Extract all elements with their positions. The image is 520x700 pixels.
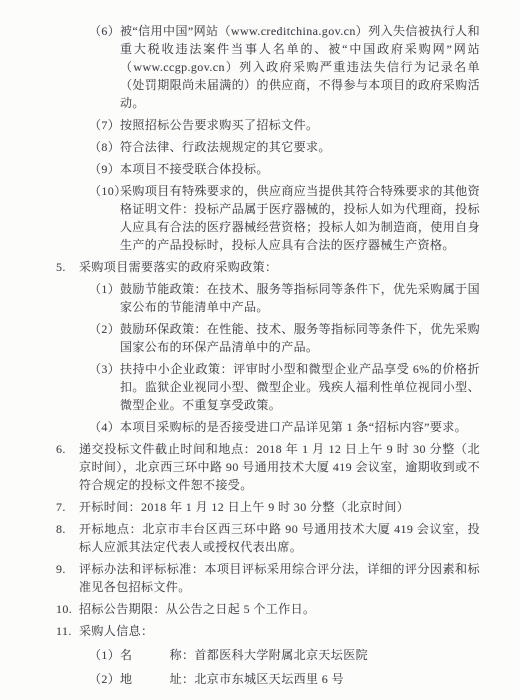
item-number: （10） <box>89 182 120 200</box>
item-text: 鼓励环保政策：在性能、技术、服务等指标同等条件下，优先采购国家公布的环保产品清单… <box>120 320 480 356</box>
no-consortium-bids-item: （9） 本项目不接受联合体投标。 <box>89 160 480 178</box>
item-text: 采购项目有特殊要求的，供应商应当提供其符合特殊要求的其他资格证明文件：投标产品属… <box>120 182 480 254</box>
supplier-credit-blacklist-item: （6） 被“信用中国”网站（www.creditchina.gov.cn）列入失… <box>89 22 480 112</box>
section-number: 9. <box>56 560 79 578</box>
section-text: 采购项目需要落实的政府采购政策： <box>79 258 480 276</box>
section-number: 5. <box>56 258 79 276</box>
policy-sme-support-item: （3） 扶持中小企业政策：评审时小型和微型企业产品享受 6%的价格折扣。监狱企业… <box>89 360 480 414</box>
purchased-bid-documents-item: （7） 按照招标公告要求购买了招标文件。 <box>89 116 480 134</box>
section-number: 6. <box>56 440 79 458</box>
item-text: 本项目采购标的是否接受进口产品详见第 1 条“招标内容”要求。 <box>120 418 480 436</box>
item-text: 符合法律、行政法规规定的其它要求。 <box>120 138 480 156</box>
section-number: 8. <box>56 520 79 538</box>
policy-environmental-item: （2） 鼓励环保政策：在性能、技术、服务等指标同等条件下，优先采购国家公布的环保… <box>89 320 480 356</box>
section-bid-opening-location: 8. 开标地点：北京市丰台区西三环中路 90 号通用技术大厦 419 会议室，投… <box>56 520 480 556</box>
item-number: （6） <box>89 22 120 40</box>
item-text: 名 称：首都医科大学附属北京天坛医院 <box>120 646 480 664</box>
section-text: 招标公告期限：从公告之日起 5 个工作日。 <box>79 600 480 618</box>
item-number: （9） <box>89 160 120 178</box>
item-number: （7） <box>89 116 120 134</box>
section-purchaser-info: 11. 采购人信息： <box>56 622 480 640</box>
item-text: 地 址：北京市东城区天坛西里 6 号 <box>120 670 480 688</box>
section-text: 开标地点：北京市丰台区西三环中路 90 号通用技术大厦 419 会议室，投标人应… <box>79 520 480 556</box>
item-number: （1） <box>89 280 120 298</box>
item-number: （4） <box>89 418 120 436</box>
item-number: （2） <box>89 670 120 688</box>
section-announcement-period: 10. 招标公告期限：从公告之日起 5 个工作日。 <box>56 600 480 618</box>
document-page: （6） 被“信用中国”网站（www.creditchina.gov.cn）列入失… <box>0 0 520 700</box>
other-legal-requirements-item: （8） 符合法律、行政法规规定的其它要求。 <box>89 138 480 156</box>
section-text: 开标时间：2018 年 1 月 12 日上午 9 时 30 分整（北京时间） <box>79 498 480 516</box>
item-text: 扶持中小企业政策：评审时小型和微型企业产品享受 6%的价格折扣。监狱企业视同小型… <box>120 360 480 414</box>
section-number: 11. <box>56 622 79 640</box>
policy-import-products-item: （4） 本项目采购标的是否接受进口产品详见第 1 条“招标内容”要求。 <box>89 418 480 436</box>
item-number: （2） <box>89 320 120 338</box>
section-procurement-policies: 5. 采购项目需要落实的政府采购政策： <box>56 258 480 276</box>
section-number: 10. <box>56 600 79 618</box>
item-number: （8） <box>89 138 120 156</box>
item-text: 被“信用中国”网站（www.creditchina.gov.cn）列入失信被执行… <box>120 22 480 112</box>
policy-energy-saving-item: （1） 鼓励节能政策：在技术、服务等指标同等条件下，优先采购属于国家公布的节能清… <box>89 280 480 316</box>
item-number: （1） <box>89 646 120 664</box>
purchaser-address: （2） 地 址：北京市东城区天坛西里 6 号 <box>89 670 480 688</box>
item-text: 鼓励节能政策：在技术、服务等指标同等条件下，优先采购属于国家公布的节能清单中产品… <box>120 280 480 316</box>
section-number: 7. <box>56 498 79 516</box>
purchaser-name: （1） 名 称：首都医科大学附属北京天坛医院 <box>89 646 480 664</box>
item-text: 按照招标公告要求购买了招标文件。 <box>120 116 480 134</box>
section-evaluation-method: 9. 评标办法和评标标准：本项目评标采用综合评分法，详细的评分因素和标准见各包招… <box>56 560 480 596</box>
item-number: （3） <box>89 360 120 378</box>
section-bid-submission-deadline: 6. 递交投标文件截止时间和地点：2018 年 1 月 12 日上午 9 时 3… <box>56 440 480 494</box>
section-text: 采购人信息： <box>79 622 480 640</box>
section-text: 递交投标文件截止时间和地点：2018 年 1 月 12 日上午 9 时 30 分… <box>79 440 480 494</box>
section-bid-opening-time: 7. 开标时间：2018 年 1 月 12 日上午 9 时 30 分整（北京时间… <box>56 498 480 516</box>
section-text: 评标办法和评标标准：本项目评标采用综合评分法，详细的评分因素和标准见各包招标文件… <box>79 560 480 596</box>
special-qualification-requirements-item: （10） 采购项目有特殊要求的，供应商应当提供其符合特殊要求的其他资格证明文件：… <box>89 182 480 254</box>
item-text: 本项目不接受联合体投标。 <box>120 160 480 178</box>
